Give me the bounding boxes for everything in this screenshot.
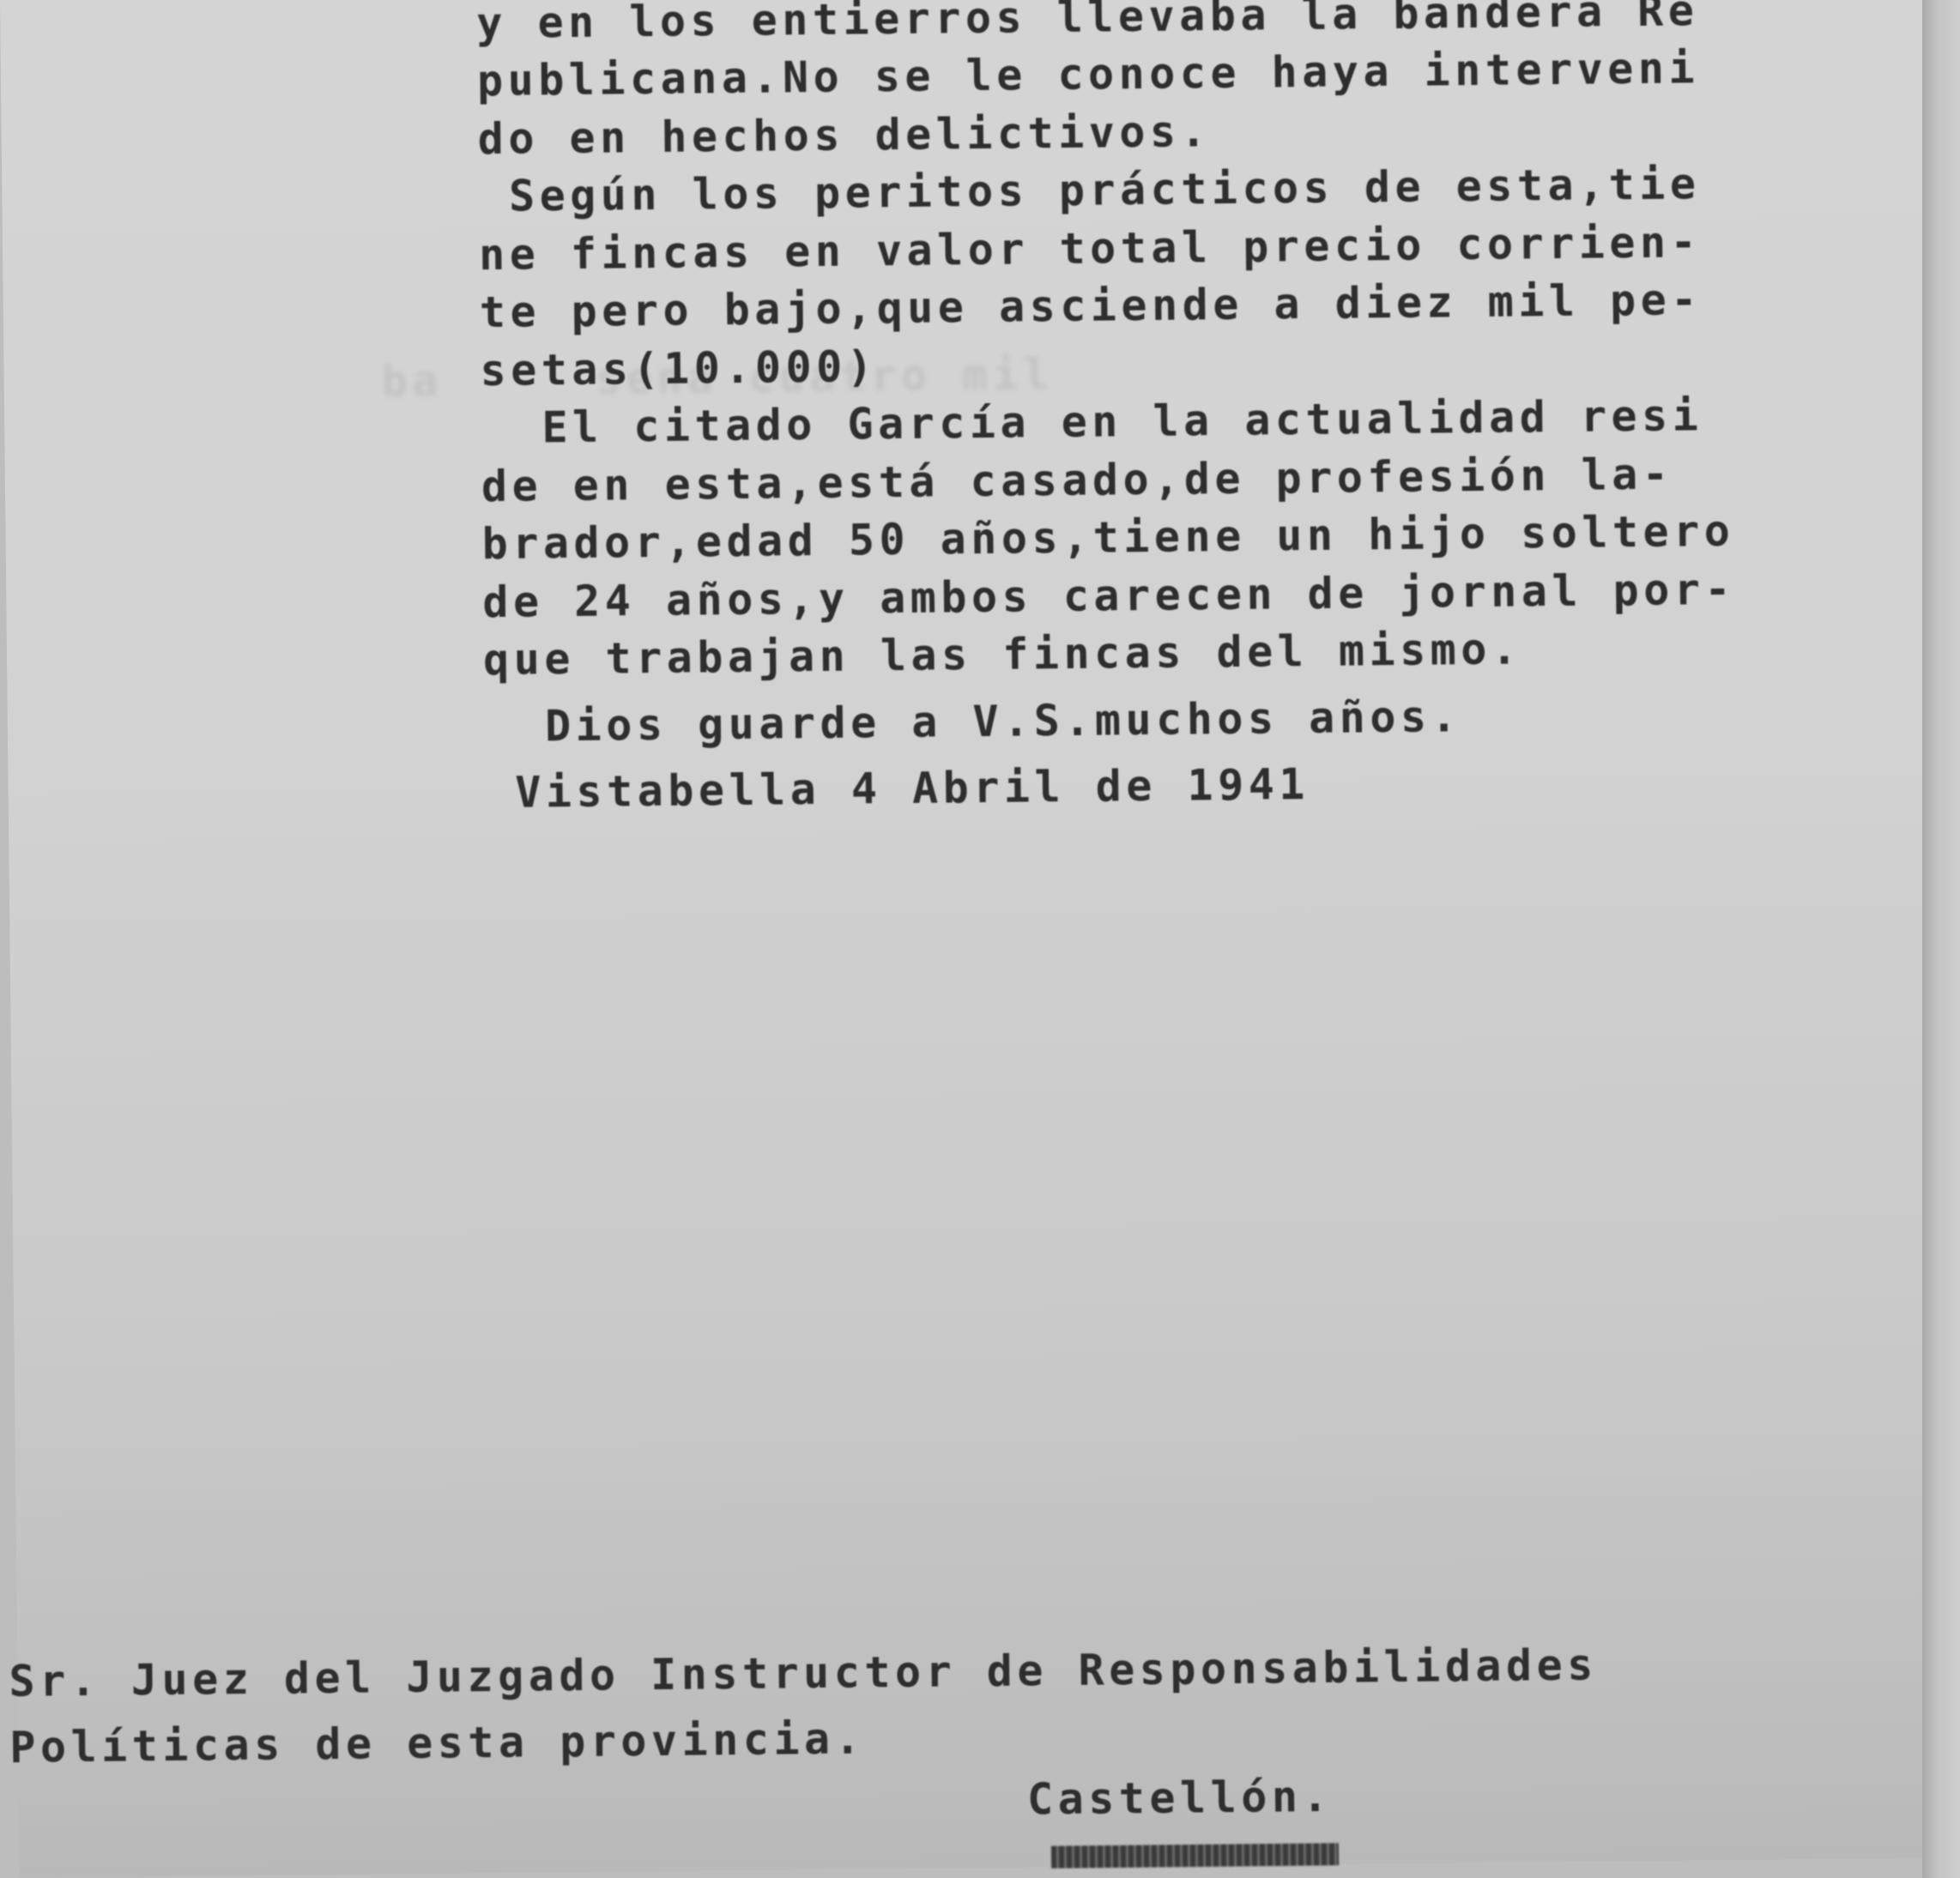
body-line: te pero bajo,que asciende a diez mil pe- <box>480 278 1703 334</box>
body-line: de 24 años,y ambos carecen de jornal por… <box>482 568 1735 624</box>
body-line: que trabajan las fincas del mismo. <box>483 627 1522 681</box>
place-and-date: Vistabella 4 Abril de 1941 <box>484 763 1310 814</box>
body-line: brador,edad 50 años,tiene un hijo solter… <box>481 510 1734 565</box>
body-line: do en hechos delictivos. <box>477 110 1211 160</box>
paper-edge <box>1922 0 1960 1878</box>
body-line: y en los entierros llevaba la bandera Re <box>476 0 1699 45</box>
addressee-city: Castellón. <box>1027 1775 1334 1821</box>
addressee-line: Políticas de esta provincia. <box>9 1718 865 1769</box>
body-line: setas(10.000) <box>480 345 877 392</box>
addressee-line: Sr. Juez del Juzgado Instructor de Respo… <box>9 1644 1598 1703</box>
typewritten-page: ba sena cuatro mil y en los entierros ll… <box>0 0 1942 1878</box>
closing-salutation: Dios guarde a V.S.muchos años. <box>484 695 1462 748</box>
body-line: El citado García en la actualidad resi <box>481 394 1703 450</box>
body-line: ne fincas en valor total precio corrien- <box>479 220 1702 276</box>
body-line: Según los peritos prácticos de esta,tie <box>478 162 1701 218</box>
underline-stamp <box>1051 1843 1339 1869</box>
body-line: publicana.No se le conoce haya interveni <box>477 46 1700 102</box>
body-line: de en esta,está casado,de profesión la- <box>481 453 1673 509</box>
